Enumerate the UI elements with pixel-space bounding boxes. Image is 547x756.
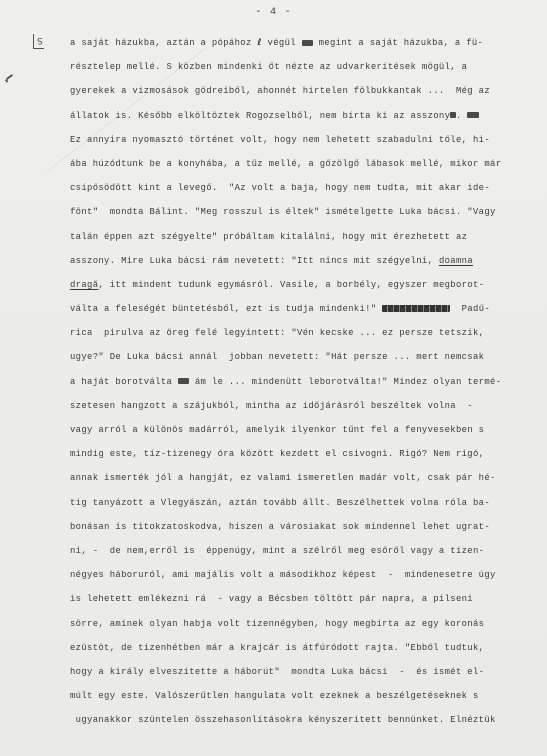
text-line: fönt" mondta Bálint. "Meg rosszul is élt… [70, 200, 545, 224]
text-line: ni, - de nem,erről is éppenúgy, mint a s… [70, 539, 545, 563]
text-line: ába húzódtunk be a konyhába, a tűz mellé… [70, 152, 545, 176]
text-line: sörre, aminek olyan habja volt tizennégy… [70, 612, 545, 636]
text-line: a saját házukba, aztán a pópához ℓ végül… [70, 31, 545, 55]
text-line: asszony. Mire Luka bácsi rám nevetett: "… [70, 249, 545, 273]
handwritten-insert-mark: ℓ [257, 31, 262, 55]
text-line: tig tanyázott a Vlegyászán, aztán tovább… [70, 491, 545, 515]
typewritten-page: - 4 - S a saját házukba, aztán a pópához… [0, 0, 547, 756]
underlined-word: dragă [70, 280, 98, 290]
page-number: - 4 - [0, 6, 547, 18]
text-line: talán éppen azt szégyelte" próbáltam kit… [70, 225, 545, 249]
struck-out-text: x [450, 112, 456, 118]
text-line: mindig este, tíz-tizenegy óra között kez… [70, 442, 545, 466]
margin-tick-icon [6, 74, 13, 80]
text-line: vagy arról a különös madárról, amelyik i… [70, 418, 545, 442]
struck-out-text: xx [178, 378, 189, 384]
text-line: gyerekek a vízmosások gödreiből, ahonnét… [70, 79, 545, 103]
struck-out-text: xx [467, 112, 478, 118]
struck-out-text: xx [302, 40, 313, 46]
text-line: is lehetett emlékezni rá - vagy a Bécsbe… [70, 587, 545, 611]
text-line: ugye?" De Luka bácsi annál jobban nevete… [70, 345, 545, 369]
underlined-word: doamna [439, 256, 473, 266]
text-line: múlt egy este. Valószerűtlen hangulata v… [70, 684, 545, 708]
margin-annotation-text: S [37, 34, 44, 46]
text-line: dragă, itt mindent tudunk egymásról. Vas… [70, 273, 545, 297]
text-line: bonásan is titokzatoskodva, hiszen a vár… [70, 515, 545, 539]
text-line: annak ismerték jól a hangját, ez valami … [70, 466, 545, 490]
text-line: a haját borotválta xx ám le ... mindenüt… [70, 370, 545, 394]
text-line: állatok is. Később elköltöztek Rogozselb… [70, 104, 545, 128]
body-text: a saját házukba, aztán a pópához ℓ végül… [70, 31, 545, 732]
text-line: ugyanakkor szüntelen összehasonlításokra… [70, 708, 545, 732]
text-line: ezüstöt, de tizenhétben már a krajcár is… [70, 636, 545, 660]
struck-out-text: MMMMMMMMMMMM [382, 305, 450, 312]
text-line: résztelep mellé. S közben mindenki őt né… [70, 55, 545, 79]
text-line: hogy a király elveszítette a háborút" mo… [70, 660, 545, 684]
text-line: csípősödött kint a levegő. "Az volt a ba… [70, 176, 545, 200]
text-line: rica pirulva az öreg felé legyintett: "V… [70, 321, 545, 345]
text-line: szetesen hangzott a szájukból, mintha az… [70, 394, 545, 418]
text-line: Ez annyira nyomasztó történet volt, hogy… [70, 128, 545, 152]
text-line: válta a feleségét büntetésből, ezt is tu… [70, 297, 545, 321]
margin-annotation: S [33, 34, 44, 49]
text-line: négyes háboruról, ami majális volt a más… [70, 563, 545, 587]
